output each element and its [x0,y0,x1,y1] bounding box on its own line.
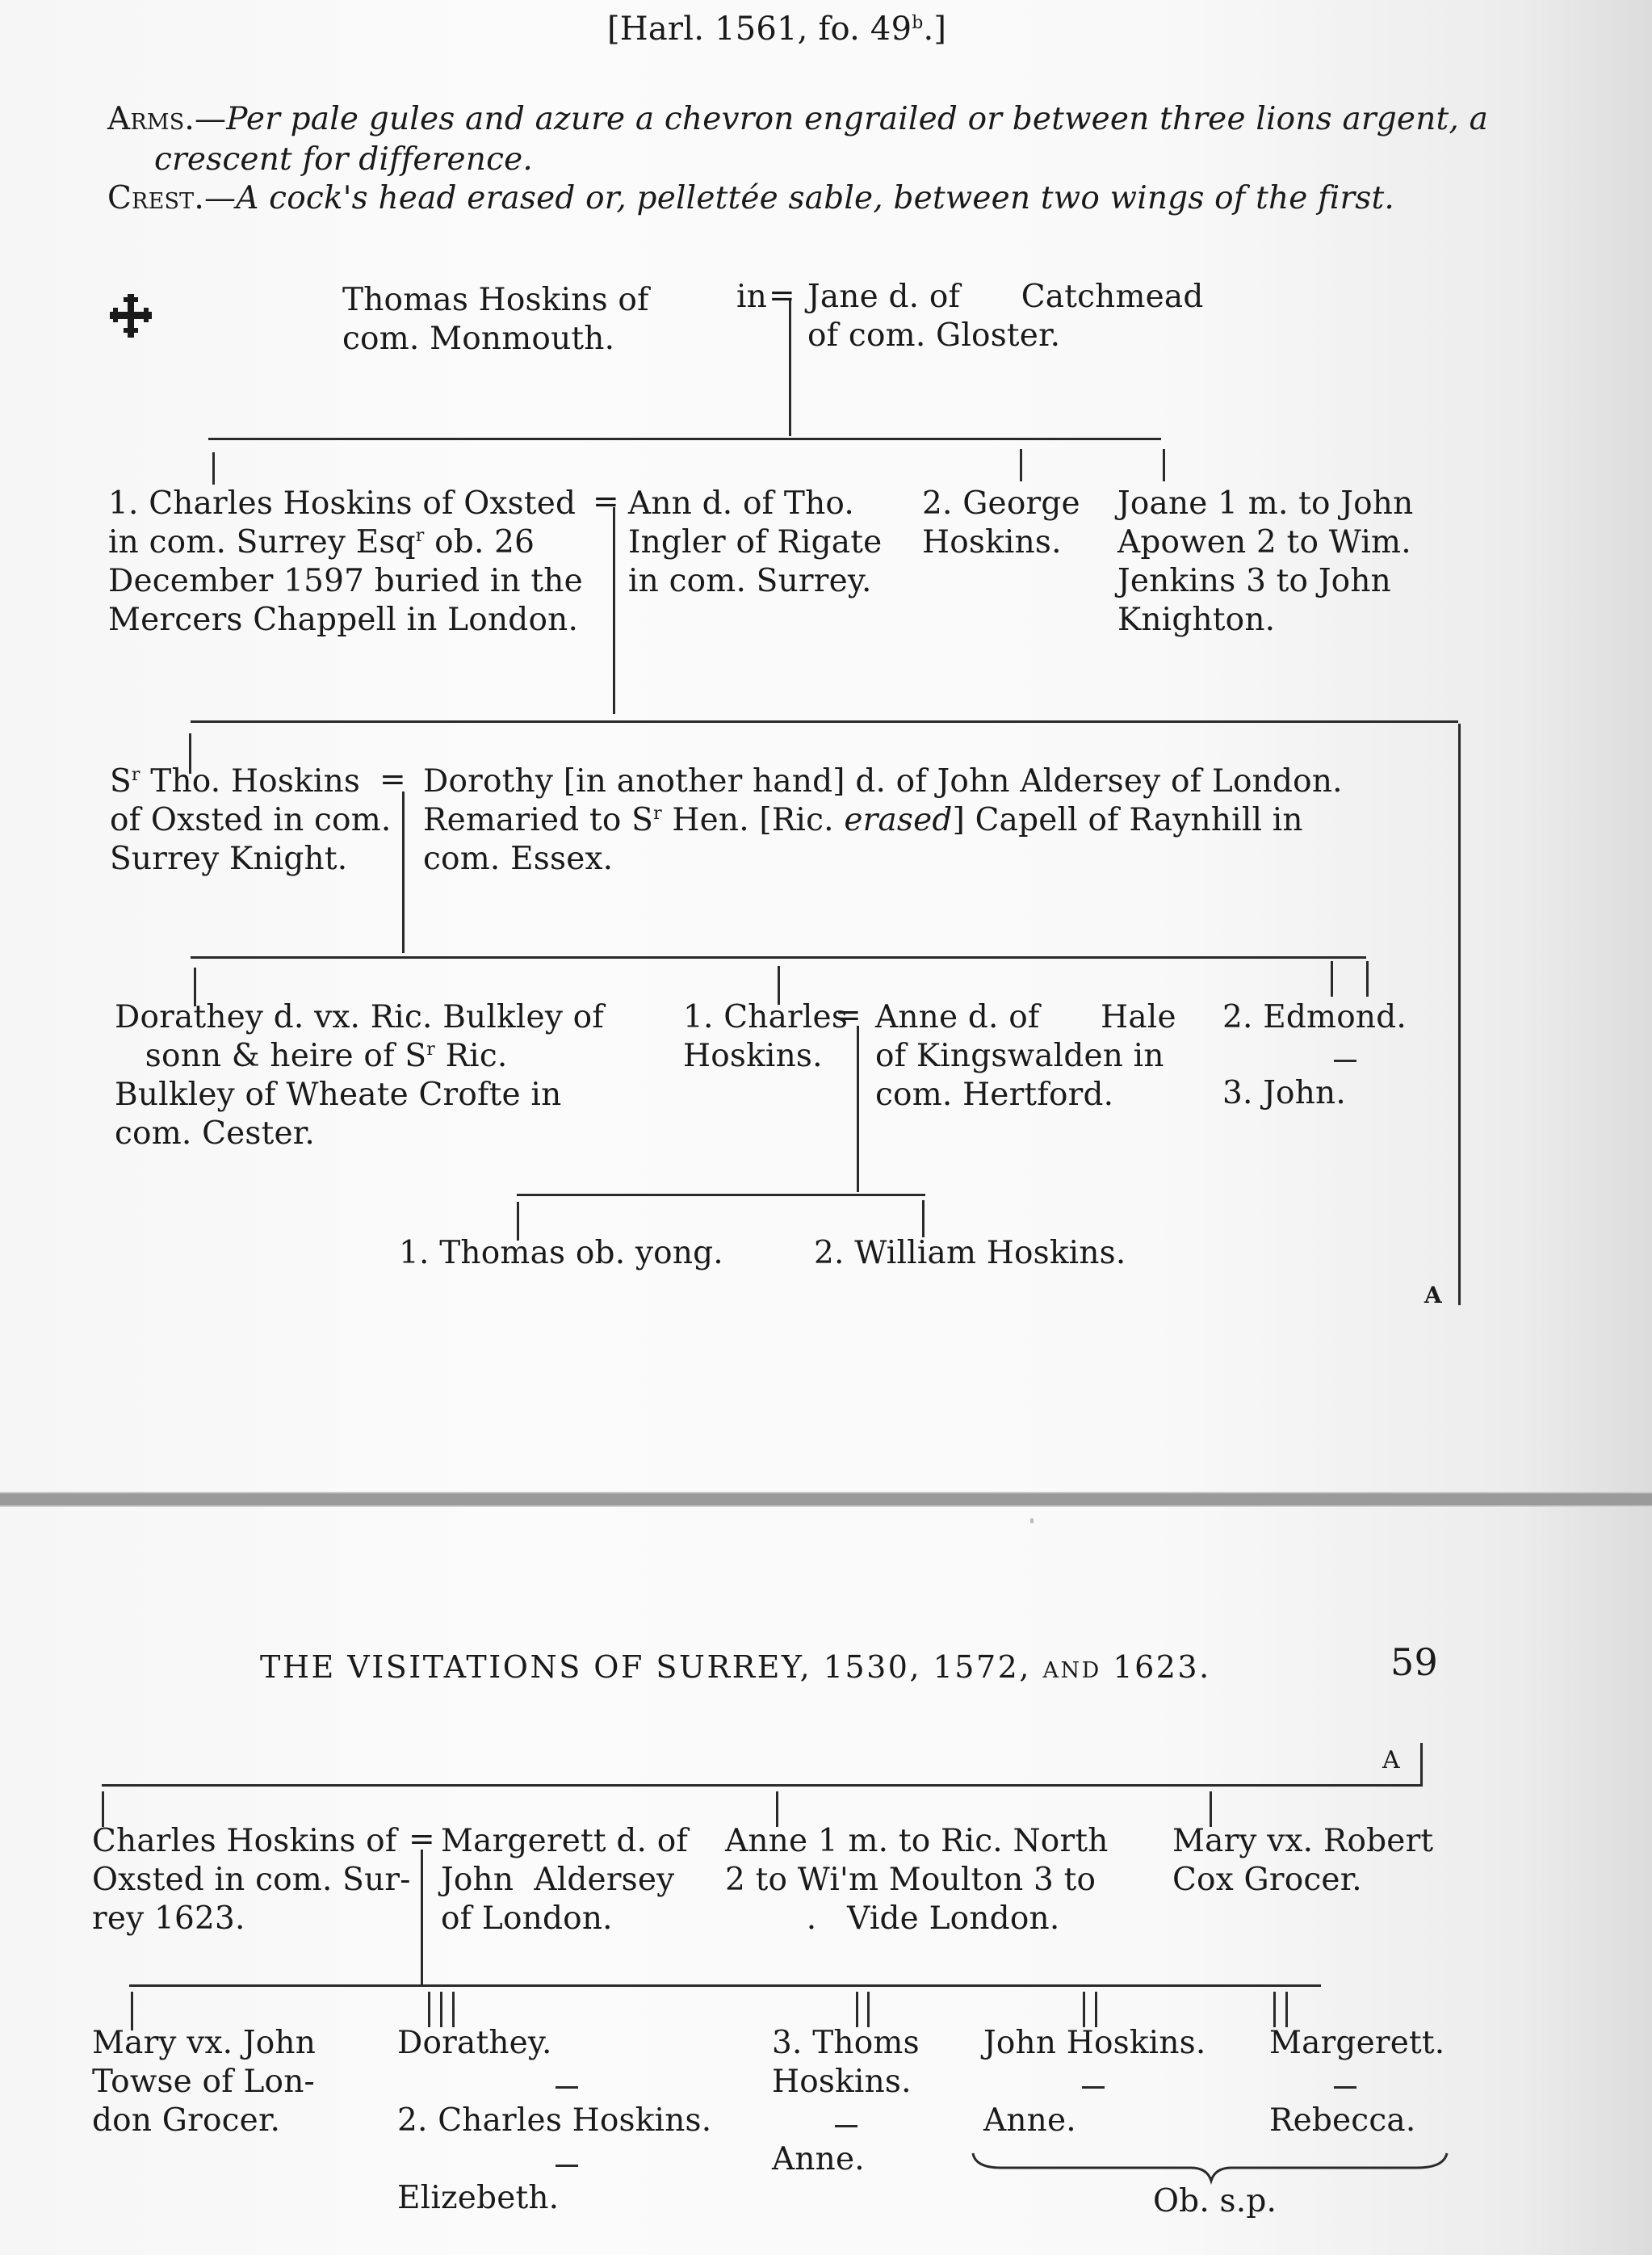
william-hoskins-entry: 2. William Hoskins. [814,1234,1126,1273]
descent-line [1366,961,1369,997]
speck [1030,1518,1034,1523]
descent-line [421,1850,423,1985]
arms-blazon-cont: crescent for difference. [154,141,533,179]
page-divider [0,1492,1652,1507]
dorathey-entry: Dorathey. [397,2024,552,2063]
arms-blazon: Arms.—Per pale gules and azure a chevron… [107,100,1488,139]
descent-line [922,1200,925,1237]
descent-line [1083,1992,1085,2027]
sibling-line [191,720,1458,723]
margerett-entry: Margerett. [1269,2024,1444,2063]
elizebeth-entry: Elizebeth. [397,2179,559,2218]
charles-hoskins-entry: 1. Charles Hoskins of Oxstedin com. Surr… [108,485,583,640]
descent-line [428,1992,430,2027]
sibling-line [191,956,1366,959]
anne-north-entry: Anne 1 m. to Ric. North2 to Wi'm Moulton… [725,1822,1109,1938]
jane-catchmead-entry: Jane d. of Catchmeadof com. Gloster. [807,278,1204,355]
separator-dash [1334,2086,1356,2089]
separator-dash [1082,2086,1105,2089]
sir-thomas-hoskins-entry: Sr Tho. Hoskinsof Oxsted in com.Surrey K… [110,762,392,879]
mary-cox-entry: Mary vx. RobertCox Grocer. [1172,1822,1433,1900]
separator-dash [835,2125,857,2127]
ann-ingler-entry: Ann d. of Tho.Ingler of Rigatein com. Su… [628,485,882,601]
anne-hale-entry: Anne d. of Haleof Kingswalden incom. Her… [875,998,1176,1115]
separator-dash [556,2086,578,2089]
rebecca-entry: Rebecca. [1269,2102,1415,2140]
descent-line [1273,1992,1276,2027]
descent-line [1020,449,1022,481]
separator-dash [1334,1060,1356,1062]
descent-line [1163,449,1165,481]
john-entry: 3. John. [1222,1074,1346,1113]
descent-line [1331,961,1333,997]
sibling-line [517,1194,925,1196]
sibling-line [208,438,1161,440]
john-hoskins-entry: John Hoskins. [983,2024,1206,2063]
charles-hoskins-2-entry: 2. Charles Hoskins. [397,2102,711,2140]
thomas-hoskins-entry: Thomas Hoskins ofcom. Monmouth. [342,281,649,359]
dorothy-aldersey-entry: Dorothy [in another hand] d. of John Ald… [423,762,1343,879]
charles-hoskins-1623-entry: Charles Hoskins ofOxsted in com. Sur-rey… [92,1822,411,1938]
descent-line [1095,1992,1097,2027]
descent-line [857,1026,859,1192]
continuation-mark: A [1382,1741,1400,1780]
descent-line [867,1992,870,2027]
descent-line [440,1992,442,2027]
margerett-aldersey-entry: Margerett d. ofJohn Alderseyof London. [441,1822,688,1938]
descent-line [1285,1992,1288,2027]
running-head: THE VISITATIONS OF SURREY, 1530, 1572, a… [260,1648,1211,1686]
anne-entry: Anne. [772,2140,865,2179]
descent-line [789,300,791,436]
descent-line [212,452,215,485]
descent-line [452,1992,455,2027]
george-hoskins-entry: 2. GeorgeHoskins. [922,485,1080,562]
descent-line [856,1992,858,2027]
thoms-hoskins-entry: 3. ThomsHoskins. [772,2024,920,2102]
joane-entry: Joane 1 m. to JohnApowen 2 to Wim.Jenkin… [1117,485,1413,640]
edmond-entry: 2. Edmond. [1222,998,1407,1037]
descent-line [402,792,405,953]
cross-crosslet-icon [107,291,155,341]
crest-blazon: Crest.—A cock's head erased or, pelletté… [107,179,1394,218]
descent-line [613,507,615,714]
page-number: 59 [1390,1643,1438,1682]
mary-towse-entry: Mary vx. JohnTowse of Lon-don Grocer. [92,2024,316,2140]
source-reference: [Harl. 1561, fo. 49b.] [607,10,946,48]
charles-hoskins-entry: 1. CharlesHoskins. [683,998,848,1076]
anne-entry: Anne. [983,2102,1076,2140]
sibling-line [102,1784,1423,1787]
marriage-suffix: in [736,278,767,317]
sibling-line [129,1984,1321,1987]
dorathey-bulkley-entry: Dorathey d. vx. Ric. Bulkley of sonn & h… [115,998,604,1153]
separator-dash [556,2165,578,2167]
continuation-line [1420,1743,1423,1785]
ob-sp-note: Ob. s.p. [1153,2182,1277,2221]
continuation-line [1458,724,1461,1305]
continuation-mark: A [1424,1276,1442,1315]
thomas-ob-yong-entry: 1. Thomas ob. yong. [399,1234,723,1273]
